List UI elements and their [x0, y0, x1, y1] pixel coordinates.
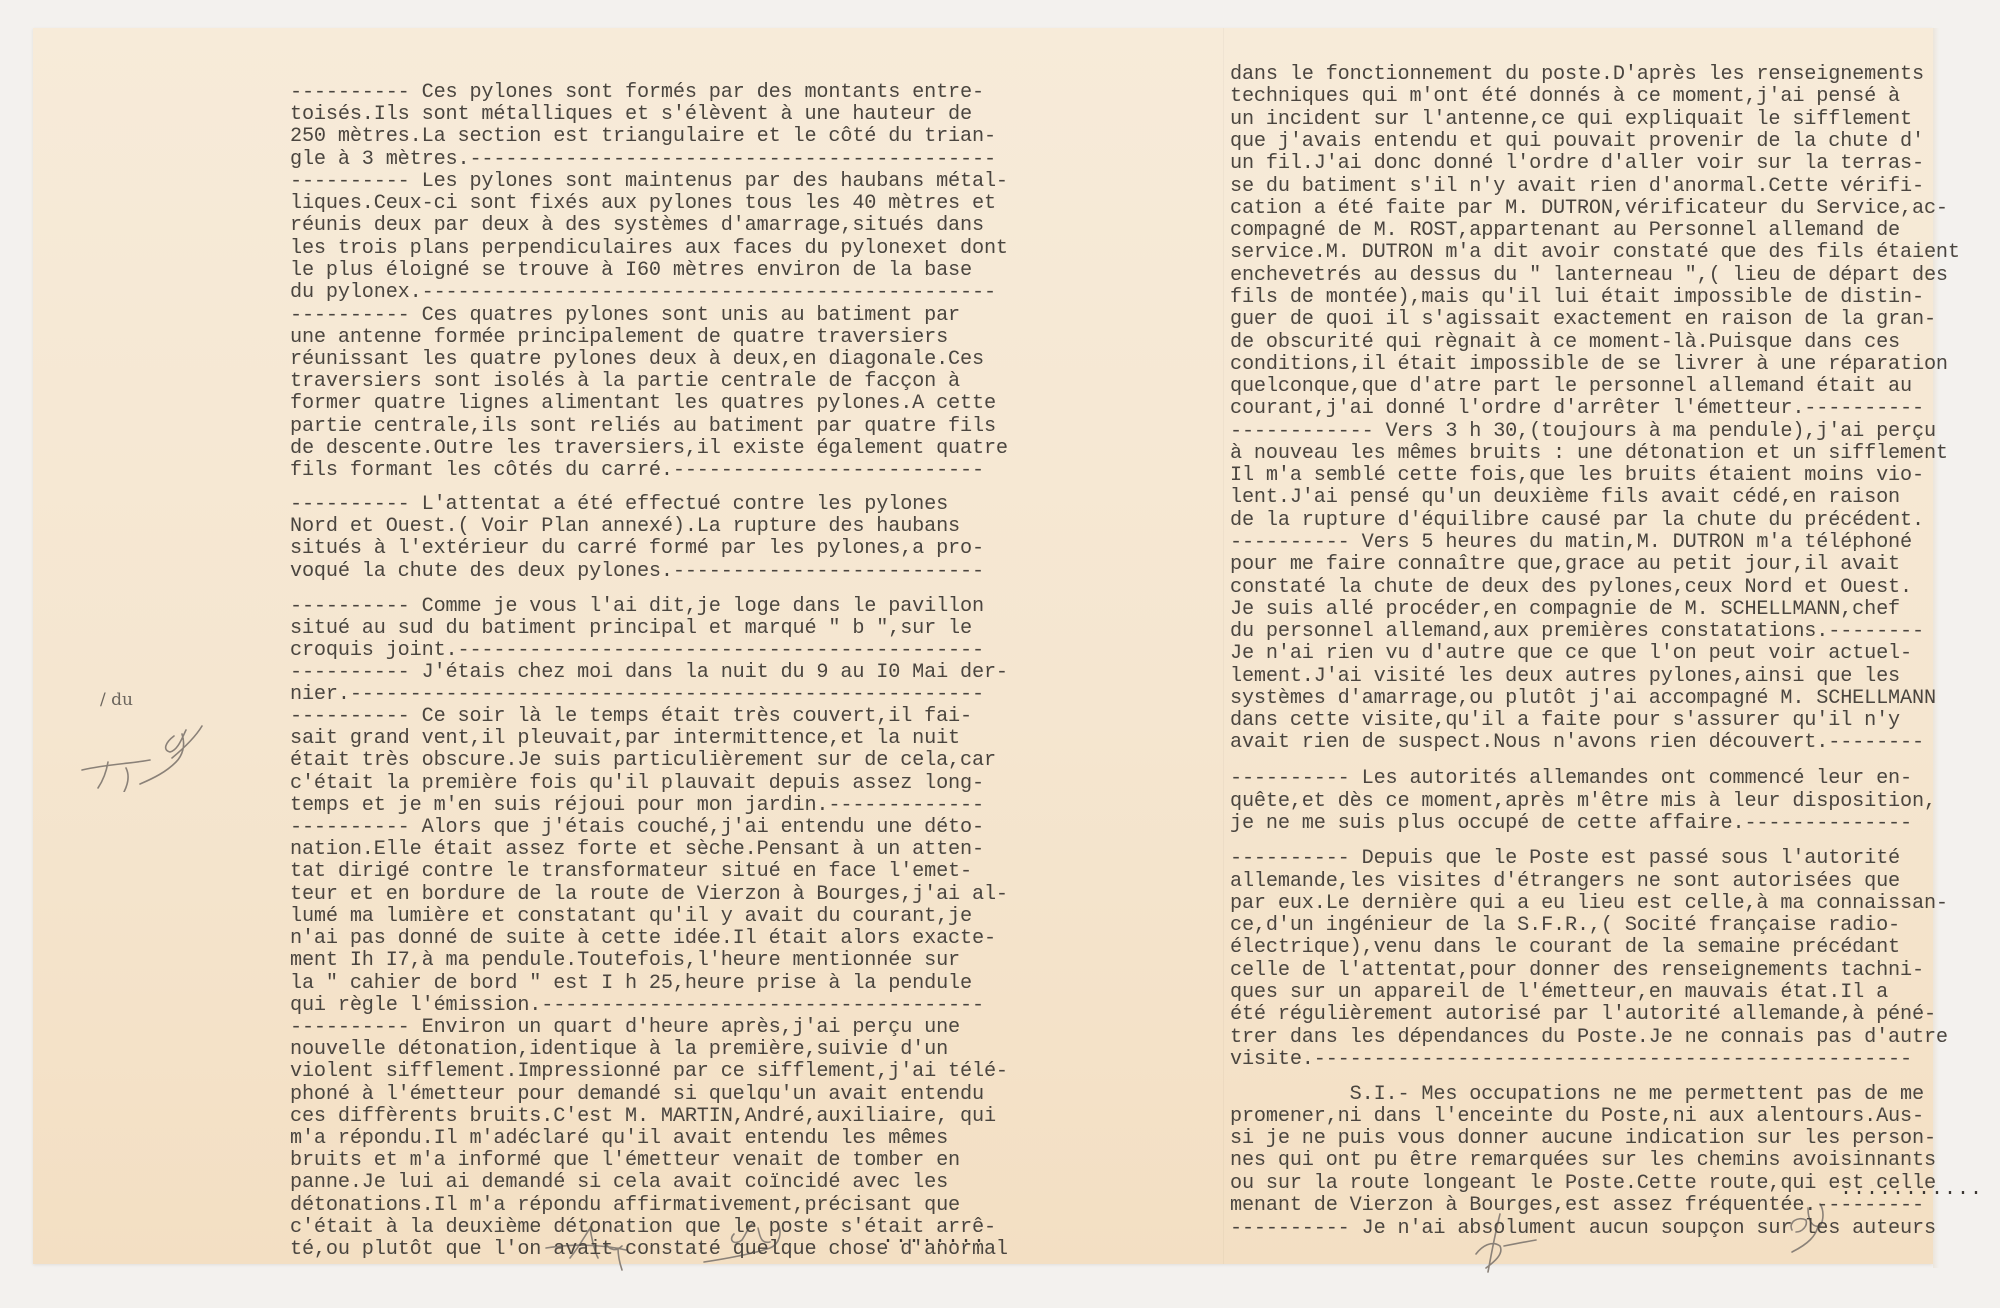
text-line: traversiers sont isolés à la partie cent… — [290, 371, 960, 393]
text-line: ------------ Vers 3 h 30,(toujours à ma … — [1230, 421, 1936, 443]
text-line: quête,et dès ce moment,après m'être mis … — [1230, 791, 1936, 813]
text-line: quelconque,que d'atre part le personnel … — [1230, 376, 1912, 398]
text-line: ---------- Environ un quart d'heure aprè… — [290, 1017, 960, 1039]
text-line: électrique),venu dans le courant de la s… — [1230, 937, 1900, 959]
text-line: ---------- Comme je vous l'ai dit,je log… — [290, 596, 984, 618]
text-line: n'ai pas donné de suite à cette idée.Il … — [290, 928, 996, 950]
text-line: ---------- Les pylones sont maintenus pa… — [290, 171, 1008, 193]
text-line: ces diffèrents bruits.C'est M. MARTIN,An… — [290, 1106, 996, 1128]
text-line: S.I.- Mes occupations ne me permettent p… — [1230, 1084, 1924, 1106]
text-line: lement.J'ai visité les deux autres pylon… — [1230, 666, 1900, 688]
text-line: été régulièrement autorisé par l'autorit… — [1230, 1004, 1936, 1026]
text-line: techniques qui m'ont été donnés à ce mom… — [1230, 86, 1900, 108]
text-line: nes qui ont pu être remarquées sur les c… — [1230, 1150, 1936, 1172]
text-line: former quatre lignes alimentant les quat… — [290, 393, 996, 415]
text-line: sait grand vent,il pleuvait,par intermit… — [290, 728, 960, 750]
text-line: ---------- Vers 5 heures du matin,M. DUT… — [1230, 532, 1912, 554]
text-line: cation a été faite par M. DUTRON,vérific… — [1230, 198, 1948, 220]
margin-initials-signature-icon — [78, 712, 208, 792]
text-line: nier.-----------------------------------… — [290, 684, 984, 706]
text-line: 250 mètres.La section est triangulaire e… — [290, 126, 996, 148]
text-line: nation.Elle était assez forte et sèche.P… — [290, 839, 984, 861]
text-line: celle de l'attentat,pour donner des rens… — [1230, 960, 1924, 982]
text-line: partie centrale,ils sont reliés au batim… — [290, 416, 996, 438]
text-line: un fil.J'ai donc donné l'ordre d'aller v… — [1230, 153, 1924, 175]
text-line: voqué la chute des deux pylones.--------… — [290, 561, 984, 583]
text-line: Il m'a semblé cette fois,que les bruits … — [1230, 465, 1924, 487]
text-line: constaté la chute de deux des pylones,ce… — [1230, 577, 1912, 599]
text-line: à nouveau les mêmes bruits : une détonat… — [1230, 443, 1948, 465]
text-line: m'a répondu.Il m'adéclaré qu'il avait en… — [290, 1128, 948, 1150]
text-line: phoné à l'émetteur pour demandé si quelq… — [290, 1084, 984, 1106]
text-line: ---------- Alors que j'étais couché,j'ai… — [290, 817, 984, 839]
text-line: tat dirigé contre le transformateur situ… — [290, 861, 972, 883]
text-line: enchevetrés au dessus du " lanterneau ",… — [1230, 265, 1948, 287]
text-line: té,ou plutôt que l'on avait constaté que… — [290, 1239, 1008, 1261]
text-line: guer de quoi il s'agissait exactement en… — [1230, 309, 1936, 331]
text-line: si je ne puis vous donner aucune indicat… — [1230, 1128, 1936, 1150]
text-line: c'était à la deuxième détonation que le … — [290, 1217, 996, 1239]
text-line: du pylonex.-----------------------------… — [290, 282, 996, 304]
text-line: de la rupture d'équilibre causé par la c… — [1230, 510, 1924, 532]
text-line: je ne me suis plus occupé de cette affai… — [1230, 813, 1912, 835]
text-line: allemande,les visites d'étrangers ne son… — [1230, 871, 1900, 893]
text-line: teur et en bordure de la route de Vierzo… — [290, 884, 1008, 906]
text-line: qui règle l'émission.-------------------… — [290, 995, 984, 1017]
text-line: réunis deux par deux à des systèmes d'am… — [290, 215, 984, 237]
margin-annotation: / du — [100, 690, 133, 710]
text-line: gle à 3 mètres.-------------------------… — [290, 149, 996, 171]
text-line: par eux.Le dernière qui a eu lieu est ce… — [1230, 893, 1948, 915]
left-page: / du ........ ---------- Ces pylones son… — [0, 0, 1000, 1308]
text-line: ---------- L'attentat a été effectué con… — [290, 494, 948, 516]
text-line: réunissant les quatre pylones deux à deu… — [290, 349, 984, 371]
text-line: lumé ma lumière et constatant qu'il y av… — [290, 906, 972, 928]
text-line: ---------- Ces pylones sont formés par d… — [290, 82, 984, 104]
text-line: ment Ih I7,à ma pendule.Toutefois,l'heur… — [290, 950, 960, 972]
text-line: un incident sur l'antenne,ce qui expliqu… — [1230, 109, 1912, 131]
text-line: ---------- Les autorités allemandes ont … — [1230, 768, 1912, 790]
text-line: la " cahier de bord " est I h 25,heure p… — [290, 973, 972, 995]
text-line: promener,ni dans l'enceinte du Poste,ni … — [1230, 1106, 1924, 1128]
text-line: systèmes d'amarrage,ou plutôt j'ai accom… — [1230, 688, 1936, 710]
text-line: dans le fonctionnement du poste.D'après … — [1230, 64, 1924, 86]
text-line: c'était la première fois qu'il plauvait … — [290, 773, 984, 795]
text-line: du personnel allemand,aux premières cons… — [1230, 621, 1924, 643]
text-line: nouvelle détonation,identique à la premi… — [290, 1039, 948, 1061]
right-page: ........... dans le fonctionnement du po… — [1000, 0, 2000, 1308]
text-line: menant de Vierzon à Bourges,est assez fr… — [1230, 1195, 1924, 1217]
text-line: une antenne formée principalement de qua… — [290, 327, 948, 349]
text-line: ---------- Je n'ai absolument aucun soup… — [1230, 1218, 1936, 1240]
text-line: fils formant les côtés du carré.--------… — [290, 460, 984, 482]
text-line: pour me faire connaître que,grace au pet… — [1230, 554, 1900, 576]
text-line: ce,d'un ingénieur de la S.F.R.,( Socité … — [1230, 915, 1900, 937]
text-line: Nord et Ouest.( Voir Plan annexé).La rup… — [290, 516, 960, 538]
text-line: Je n'ai rien vu d'autre que ce que l'on … — [1230, 643, 1912, 665]
text-line: de obscurité qui règnait à ce moment-là.… — [1230, 332, 1900, 354]
text-line: courant,j'ai donné l'ordre d'arrêter l'é… — [1230, 398, 1924, 420]
text-line: les trois plans perpendiculaires aux fac… — [290, 238, 1008, 260]
text-line: fils de montée),mais qu'il lui était imp… — [1230, 287, 1924, 309]
text-line: conditions,il était impossible de se liv… — [1230, 354, 1948, 376]
text-line: lent.J'ai pensé qu'un deuxième fils avai… — [1230, 487, 1900, 509]
text-line: Je suis allé procéder,en compagnie de M.… — [1230, 599, 1900, 621]
text-line: détonations.Il m'a répondu affirmativeme… — [290, 1195, 960, 1217]
text-line: que j'avais entendu et qui pouvait prove… — [1230, 131, 1924, 153]
text-line: service.M. DUTRON m'a dit avoir constaté… — [1230, 242, 1960, 264]
text-line: était très obscure.Je suis particulièrem… — [290, 750, 996, 772]
text-line: temps et je m'en suis réjoui pour mon ja… — [290, 795, 984, 817]
text-line: compagné de M. ROST,appartenant au Perso… — [1230, 220, 1900, 242]
text-line: ---------- Depuis que le Poste est passé… — [1230, 848, 1900, 870]
text-line: liques.Ceux-ci sont fixés aux pylones to… — [290, 193, 996, 215]
text-line: situés à l'extérieur du carré formé par … — [290, 538, 984, 560]
text-line: visite.---------------------------------… — [1230, 1049, 1912, 1071]
text-line: ---------- J'étais chez moi dans la nuit… — [290, 662, 1008, 684]
text-line: trer dans les dépendances du Poste.Je ne… — [1230, 1027, 1948, 1049]
text-line: toisés.Ils sont métalliques et s'élèvent… — [290, 104, 972, 126]
text-line: ---------- Ces quatres pylones sont unis… — [290, 305, 960, 327]
text-line: dans cette visite,qu'il a faite pour s'a… — [1230, 710, 1900, 732]
text-line: le plus éloigné se trouve à I60 mètres e… — [290, 260, 972, 282]
text-line: ques sur un appareil de l'émetteur,en ma… — [1230, 982, 1888, 1004]
text-line: de descente.Outre les traversiers,il exi… — [290, 438, 1008, 460]
text-line: avait rien de suspect.Nous n'avons rien … — [1230, 732, 1924, 754]
text-line: ou sur la route longeant le Poste.Cette … — [1230, 1173, 1936, 1195]
text-line: panne.Je lui ai demandé si cela avait co… — [290, 1172, 948, 1194]
text-line: ---------- Ce soir là le temps était trè… — [290, 706, 972, 728]
text-line: violent sifflement.Impressionné par ce s… — [290, 1061, 1008, 1083]
text-line: se du batiment s'il n'y avait rien d'ano… — [1230, 176, 1924, 198]
text-line: bruits et m'a informé que l'émetteur ven… — [290, 1150, 960, 1172]
text-line: situé au sud du batiment principal et ma… — [290, 618, 972, 640]
text-line: croquis joint.--------------------------… — [290, 640, 984, 662]
